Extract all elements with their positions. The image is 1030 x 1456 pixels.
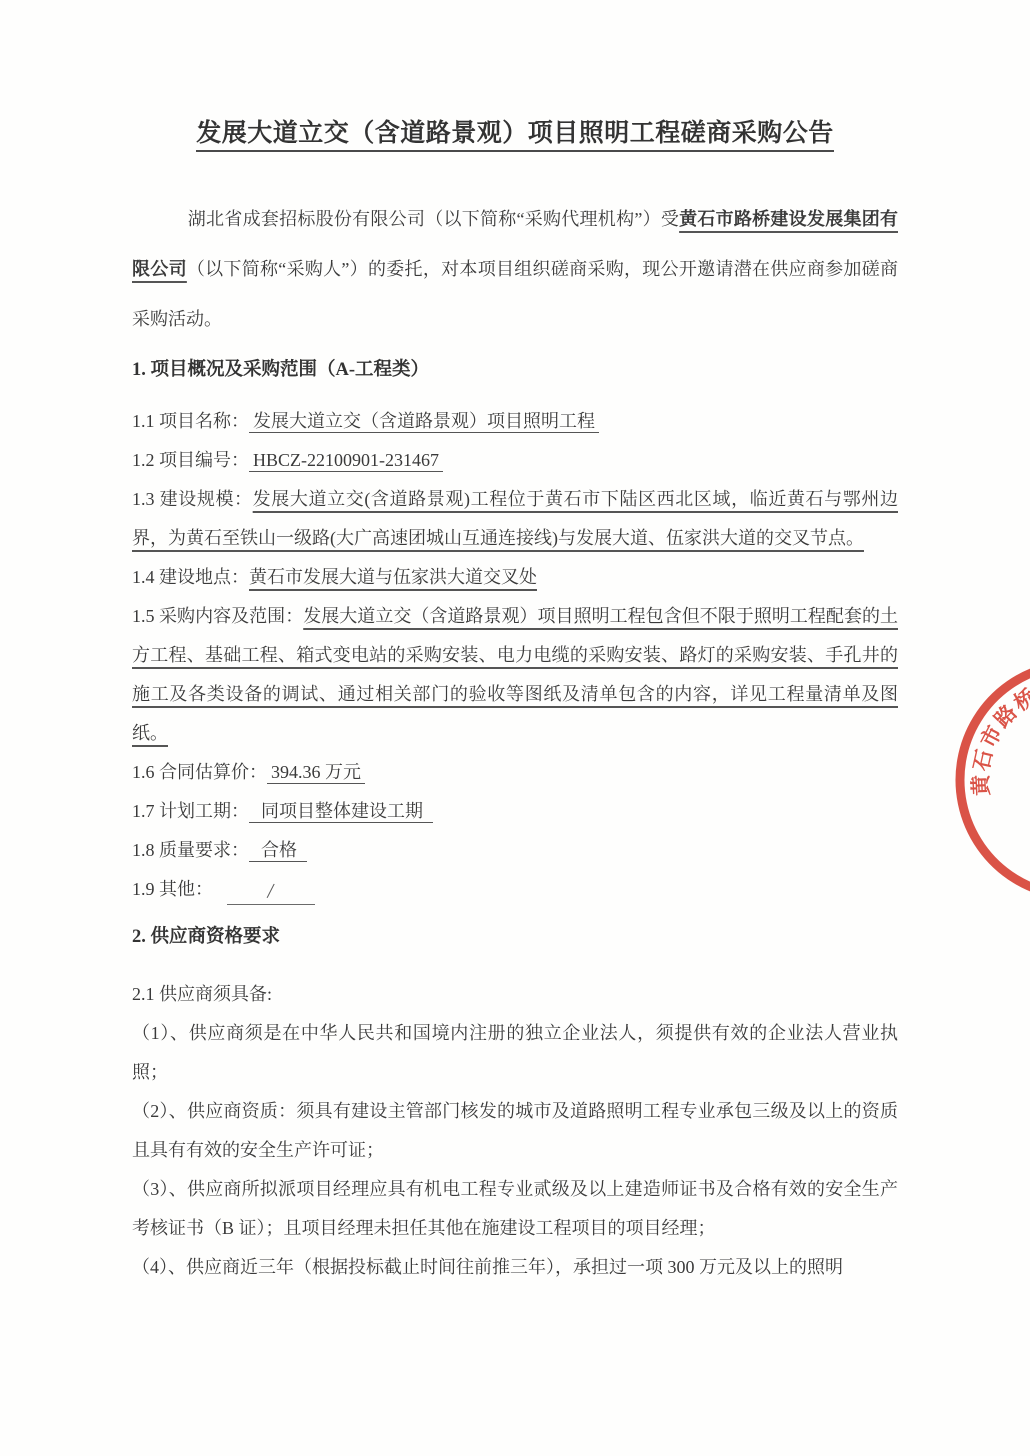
item-label: 1.8 质量要求： — [132, 840, 249, 860]
page-title: 发展大道立交（含道路景观）项目照明工程磋商采购公告 — [132, 116, 898, 152]
requirement-1: （1）、供应商须是在中华人民共和国境内注册的独立企业法人，须提供有效的企业法人营… — [132, 1014, 898, 1092]
item-label: 1.9 其他： — [132, 879, 213, 899]
item-quality-requirement: 1.8 质量要求：合格 — [132, 831, 898, 870]
intro-lead: 湖北省成套招标股份有限公司（以下简称“采购代理机构”）受 — [188, 209, 679, 229]
requirement-3: （3）、供应商所拟派项目经理应具有机电工程专业贰级及以上建造师证书及合格有效的安… — [132, 1170, 898, 1248]
scanned-document-page: 发展大道立交（含道路景观）项目照明工程磋商采购公告 湖北省成套招标股份有限公司（… — [0, 0, 1030, 1456]
requirement-4: （4）、供应商近三年（根据投标截止时间往前推三年），承担过一项 300 万元及以… — [132, 1248, 898, 1287]
seal-star-icon — [1020, 720, 1030, 830]
section1-heading: 1. 项目概况及采购范围（A-工程类） — [132, 350, 898, 390]
seal-text: 黄石市路桥建设发展集团有限公司 — [962, 656, 1030, 845]
item-other: 1.9 其他：/ — [132, 870, 898, 909]
page-title-text: 发展大道立交（含道路景观）项目照明工程磋商采购公告 — [196, 120, 834, 152]
item-label: 1.7 计划工期： — [132, 801, 249, 821]
section2-heading: 2. 供应商资格要求 — [132, 917, 898, 957]
intro-paragraph: 湖北省成套招标股份有限公司（以下简称“采购代理机构”）受黄石市路桥建设发展集团有… — [132, 194, 898, 344]
item-value: 发展大道立交（含道路景观）项目照明工程 — [249, 411, 599, 433]
item-label: 1.6 合同估算价： — [132, 762, 267, 782]
item-label: 1.3 建设规模： — [132, 489, 253, 509]
supplier-requirements-subheading: 2.1 供应商须具备: — [132, 975, 898, 1014]
document-body: 发展大道立交（含道路景观）项目照明工程磋商采购公告 湖北省成套招标股份有限公司（… — [132, 116, 898, 1287]
section2-items: 2.1 供应商须具备: （1）、供应商须是在中华人民共和国境内注册的独立企业法人… — [132, 975, 898, 1287]
item-project-name: 1.1 项目名称：发展大道立交（含道路景观）项目照明工程 — [132, 402, 898, 441]
item-procurement-scope: 1.5 采购内容及范围：发展大道立交（含道路景观）项目照明工程包含但不限于照明工… — [132, 597, 898, 753]
item-value: 合格 — [249, 840, 307, 862]
slash-mark: / — [265, 876, 275, 907]
item-value: HBCZ-22100901-231467 — [249, 450, 443, 472]
item-label: 1.1 项目名称： — [132, 411, 249, 431]
official-seal-stamp: 黄石市路桥建设发展集团有限公司 — [946, 650, 1030, 910]
other-blank-field: / — [227, 873, 315, 905]
item-construction-site: 1.4 建设地点：黄石市发展大道与伍家洪大道交叉处 — [132, 558, 898, 597]
item-value: 同项目整体建设工期 — [249, 801, 433, 823]
item-project-number: 1.2 项目编号：HBCZ-22100901-231467 — [132, 441, 898, 480]
item-label: 1.4 建设地点： — [132, 567, 249, 587]
item-construction-scale: 1.3 建设规模：发展大道立交(含道路景观)工程位于黄石市下陆区西北区域，临近黄… — [132, 480, 898, 558]
item-value: 394.36 万元 — [267, 762, 365, 784]
item-label: 1.5 采购内容及范围： — [132, 606, 303, 626]
item-value: 黄石市发展大道与伍家洪大道交叉处 — [249, 567, 537, 587]
item-label: 1.2 项目编号： — [132, 450, 249, 470]
section1-items: 1.1 项目名称：发展大道立交（含道路景观）项目照明工程 1.2 项目编号：HB… — [132, 402, 898, 909]
item-value: 发展大道立交（含道路景观）项目照明工程包含但不限于照明工程配套的土方工程、基础工… — [132, 606, 898, 743]
requirement-2: （2）、供应商资质：须具有建设主管部门核发的城市及道路照明工程专业承包三级及以上… — [132, 1092, 898, 1170]
item-contract-estimate: 1.6 合同估算价：394.36 万元 — [132, 753, 898, 792]
item-planned-duration: 1.7 计划工期：同项目整体建设工期 — [132, 792, 898, 831]
intro-tail: （以下简称“采购人”）的委托，对本项目组织磋商采购，现公开邀请潜在供应商参加磋商… — [132, 259, 898, 329]
